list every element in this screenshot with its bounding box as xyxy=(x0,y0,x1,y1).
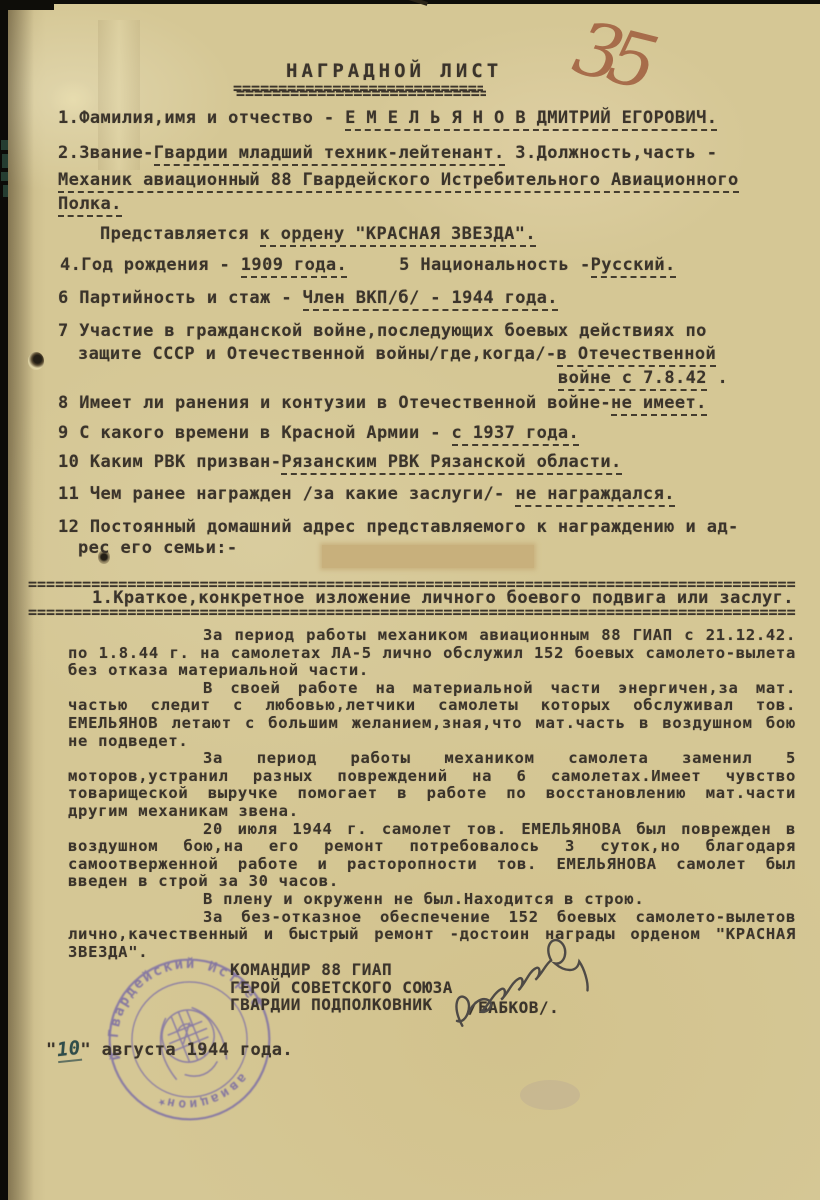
scan-left-shadow xyxy=(8,0,34,1200)
scan-top-corner xyxy=(0,0,54,10)
stamp-arc-bottom-text: авиацион xyxy=(158,1063,254,1125)
field-party: 6 Партийность и стаж - Член ВКП/б/ - 194… xyxy=(58,288,558,308)
field-prior-awards-label: 11 Чем ранее награжден /за какие заслуги… xyxy=(58,484,515,504)
field-position-value-line1: Механик авиационный 88 Гвардейского Истр… xyxy=(58,170,739,190)
presented-for-award-line: Представляется к ордену "КРАСНАЯ ЗВЕЗДА"… xyxy=(100,224,536,244)
field-army-since-value: с 1937 года. xyxy=(452,423,580,446)
field-army-since: 9 С какого времени в Красной Армии - с 1… xyxy=(58,423,579,443)
field-party-label: 6 Партийность и стаж - xyxy=(58,288,303,308)
field-birth-nationality: 4.Год рождения - 1909 года.5 Национально… xyxy=(60,255,676,275)
handwritten-page-number: 35 xyxy=(566,5,655,105)
commander-title-line2: ГЕРОЙ СОВЕТСКОГО СОЮЗА xyxy=(230,979,453,997)
field-rank-label: 2.Звание- xyxy=(58,143,154,163)
field-prior-awards-value: не награждался. xyxy=(515,484,675,507)
section-divider-rule: ========================================… xyxy=(28,603,796,621)
paragraph: 20 июля 1944 г. самолет тов. ЕМЕЛЬЯНОВА … xyxy=(68,821,796,891)
field-wounds-value: не имеет. xyxy=(611,393,707,416)
field-wounds-label: 8 Имеет ли ранения и контузии в Отечеств… xyxy=(58,393,611,413)
field-drafted-by: 10 Каким РВК призван-Рязанским РВК Рязан… xyxy=(58,452,622,472)
field-nationality-label: 5 Национальность - xyxy=(399,255,590,275)
date-rest: " августа 1944 года. xyxy=(80,1040,293,1060)
field-birth-value: 1909 года. xyxy=(241,255,347,278)
field-name: 1.Фамилия,имя и отчество - Е М Е Л Ь Я Н… xyxy=(58,108,717,128)
field-wounds: 8 Имеет ли ранения и контузии в Отечеств… xyxy=(58,393,707,413)
field-prior-awards: 11 Чем ранее награжден /за какие заслуги… xyxy=(58,484,675,504)
paragraph: В плену и окруженн не был.Находится в ст… xyxy=(68,891,796,909)
field-drafted-by-label: 10 Каким РВК призван- xyxy=(58,452,281,472)
title-underline-rule: ================================== xyxy=(236,84,486,102)
field-position-value-line2: Полка. xyxy=(58,194,122,214)
paragraph: В своей работе на материальной части эне… xyxy=(68,680,796,750)
date-open-quote: " xyxy=(46,1040,57,1060)
field-drafted-by-value: Рязанским РВК Рязанской области. xyxy=(281,452,621,475)
commander-signature-block: КОМАНДИР 88 ГИАП ГЕРОЙ СОВЕТСКОГО СОЮЗА … xyxy=(230,961,453,1014)
ink-smudge xyxy=(520,1080,580,1110)
paper-hole xyxy=(28,352,44,370)
award-sheet-document: 35 НАГРАДНОЙ ЛИСТ ======================… xyxy=(0,0,820,1200)
paragraph: За период работы механиком самолета заме… xyxy=(68,750,796,820)
field-home-address-line2: рес его семьи:- xyxy=(78,538,238,558)
field-war-participation-line2: защите СССР и Отечественной войны/где,ко… xyxy=(78,344,716,364)
svg-text:авиацион: авиацион xyxy=(158,1063,254,1125)
field-birth-label: 4.Год рождения - xyxy=(60,255,241,275)
field-war-participation-line3: войне с 7.8.42 . xyxy=(558,368,728,388)
award-name: к ордену "КРАСНАЯ ЗВЕЗДА". xyxy=(260,224,537,247)
handwritten-day: 10 xyxy=(55,1037,81,1063)
field-army-since-label: 9 С какого времени в Красной Армии - xyxy=(58,423,452,443)
commander-title-line3: ГВАРДИИ ПОДПОЛКОВНИК xyxy=(230,996,453,1014)
field-position-label: 3.Должность,часть - xyxy=(505,143,718,163)
field-party-value: Член ВКП/б/ - 1944 года. xyxy=(303,288,558,311)
redacted-address-area xyxy=(322,545,534,568)
field-rank-value: Гвардии младший техник-лейтенант. xyxy=(154,143,505,166)
field-rank: 2.Звание-Гвардии младший техник-лейтенан… xyxy=(58,143,717,163)
field-war-participation-line1: 7 Участие в гражданской войне,последующи… xyxy=(58,321,707,341)
field-name-value: Е М Е Л Ь Я Н О В ДМИТРИЙ ЕГОРОВИЧ. xyxy=(345,108,717,131)
field-home-address-line1: 12 Постоянный домашний адрес представляе… xyxy=(58,517,739,537)
field-name-label: 1.Фамилия,имя и отчество - xyxy=(58,108,345,128)
citation-text: За период работы механиком авиационным 8… xyxy=(68,627,796,961)
paragraph: За период работы механиком авиационным 8… xyxy=(68,627,796,680)
field-nationality-value: Русский. xyxy=(591,255,676,278)
commander-title-line1: КОМАНДИР 88 ГИАП xyxy=(230,961,453,979)
date-line: "10" августа 1944 года. xyxy=(46,1038,293,1062)
